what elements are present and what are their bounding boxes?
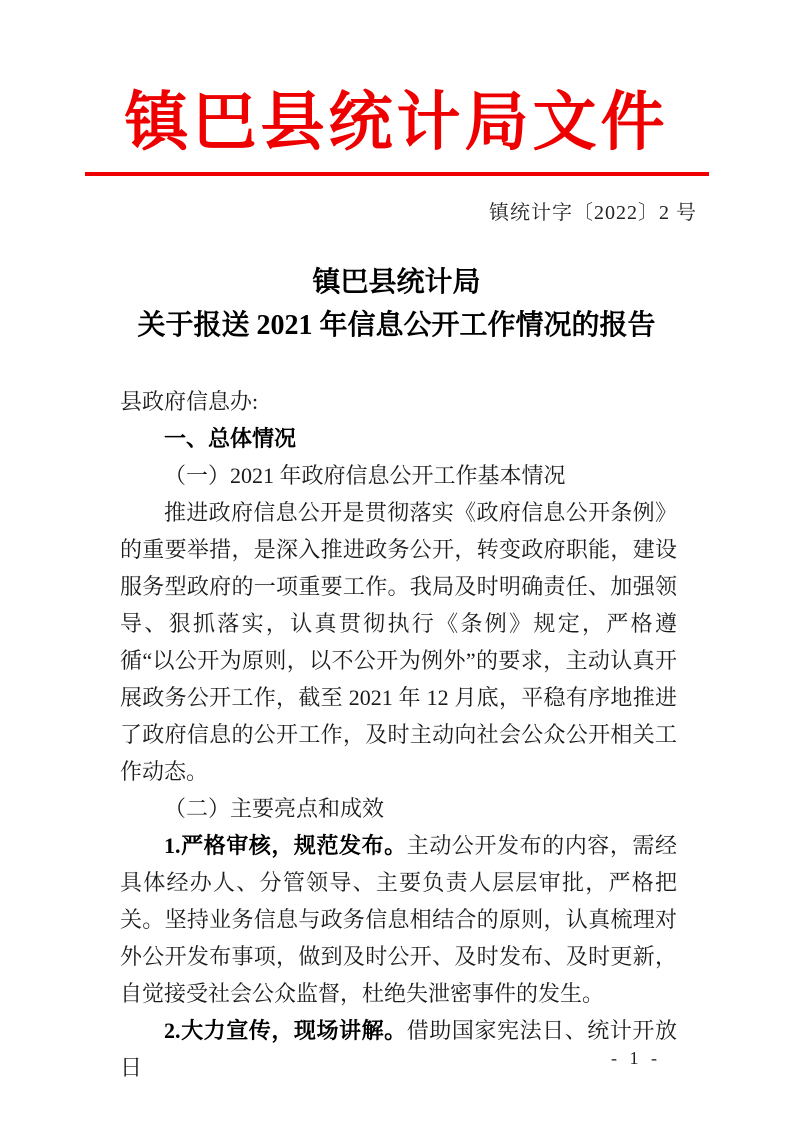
document-body: 县政府信息办: 一、总体情况 （一）2021 年政府信息公开工作基本情况 推进政… — [120, 383, 677, 1086]
paragraph-2-lead: 1.严格审核，规范发布。 — [164, 833, 407, 858]
red-divider-line — [85, 172, 709, 176]
paragraph-2: 1.严格审核，规范发布。主动公开发布的内容，需经具体经办人、分管领导、主要负责人… — [120, 827, 677, 1012]
letterhead: 镇巴县统计局文件 镇统计字〔2022〕2 号 — [0, 0, 793, 225]
subsection-heading-1-1: （一）2021 年政府信息公开工作基本情况 — [120, 457, 677, 494]
paragraph-3-lead: 2.大力宣传，现场讲解。 — [164, 1018, 407, 1043]
page-number: - 1 - — [611, 1048, 661, 1069]
document-page: 镇巴县统计局文件 镇统计字〔2022〕2 号 镇巴县统计局 关于报送 2021 … — [0, 0, 793, 1122]
section-heading-1: 一、总体情况 — [120, 420, 677, 457]
document-title: 镇巴县统计局 关于报送 2021 年信息公开工作情况的报告 — [0, 261, 793, 347]
document-title-line1: 镇巴县统计局 — [0, 261, 793, 304]
paragraph-2-text: 主动公开发布的内容，需经具体经办人、分管领导、主要负责人层层审批，严格把关。坚持… — [120, 833, 677, 1006]
letterhead-title: 镇巴县统计局文件 — [0, 0, 793, 160]
document-title-line2: 关于报送 2021 年信息公开工作情况的报告 — [0, 304, 793, 347]
paragraph-3: 2.大力宣传，现场讲解。借助国家宪法日、统计开放日 — [120, 1012, 677, 1086]
subsection-heading-1-2: （二）主要亮点和成效 — [120, 790, 677, 827]
document-number: 镇统计字〔2022〕2 号 — [0, 196, 793, 225]
paragraph-1: 推进政府信息公开是贯彻落实《政府信息公开条例》的重要举措，是深入推进政务公开，转… — [120, 494, 677, 790]
salutation: 县政府信息办: — [120, 383, 677, 420]
